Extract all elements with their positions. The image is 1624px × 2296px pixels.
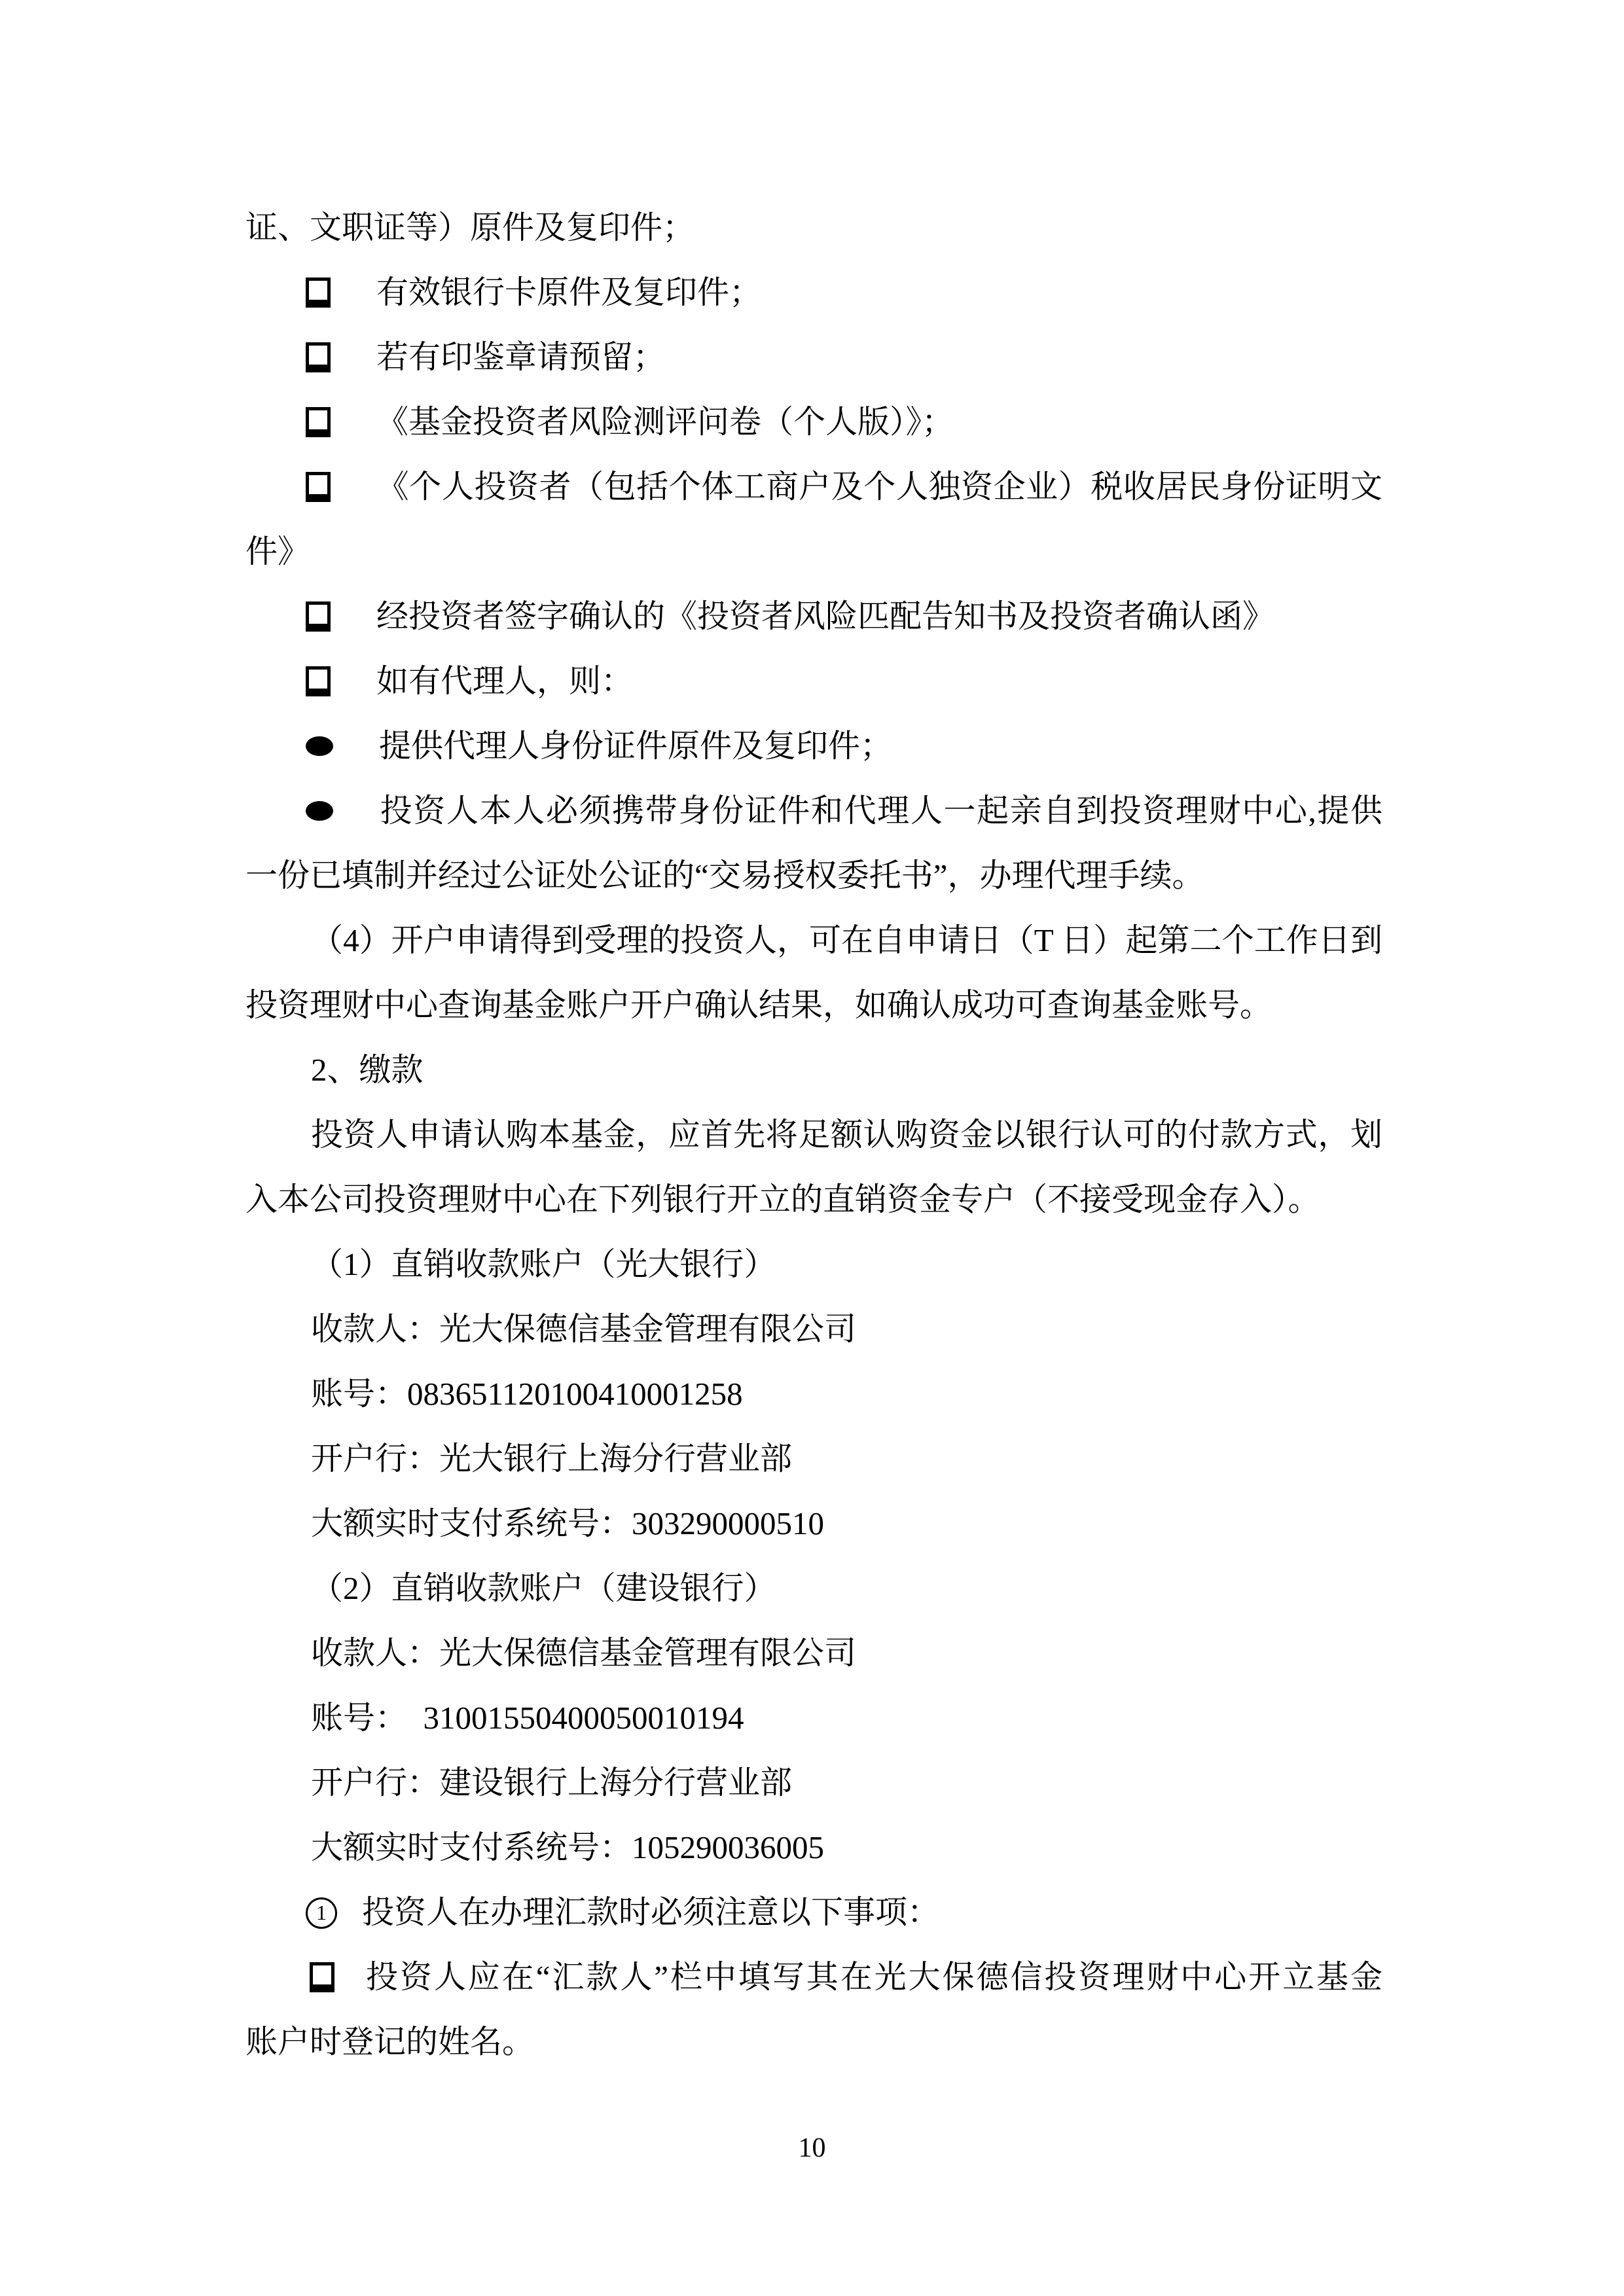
page-number: 10 (0, 2132, 1624, 2164)
text-line: 大额实时支付系统号：303290000510 (245, 1491, 1382, 1556)
line-text: 账户时登记的姓名。 (245, 2024, 534, 2060)
line-text: 提供代理人身份证件原件及复印件； (379, 728, 892, 764)
checkbox-icon (306, 666, 331, 696)
text-line: 大额实时支付系统号：105290036005 (245, 1815, 1382, 1880)
line-text: 《个人投资者（包括个体工商户及个人独资企业）税收居民身份证明文 (376, 469, 1382, 505)
text-line: 投资人应在“汇款人”栏中填写其在光大保德信投资理财中心开立基金 (245, 1945, 1382, 2009)
line-text: 投资人在办理汇款时必须注意以下事项： (362, 1894, 939, 1930)
line-text: 有效银行卡原件及复印件； (376, 274, 761, 310)
line-text: 大额实时支付系统号：105290036005 (311, 1829, 824, 1865)
line-text: 大额实时支付系统号：303290000510 (311, 1505, 824, 1541)
text-line: 提供代理人身份证件原件及复印件； (245, 713, 1382, 778)
line-text: 投资人应在“汇款人”栏中填写其在光大保德信投资理财中心开立基金 (364, 1959, 1382, 1995)
text-line: （1）直销收款账户（光大银行） (245, 1232, 1382, 1297)
checkbox-icon (306, 278, 331, 308)
line-text: 开户行：光大银行上海分行营业部 (311, 1441, 792, 1477)
line-text: 若有印鉴章请预留； (376, 339, 665, 375)
text-line: 账号： 31001550400050010194 (245, 1685, 1382, 1750)
line-text: 收款人：光大保德信基金管理有限公司 (311, 1635, 856, 1671)
checkbox-icon (306, 407, 331, 437)
line-text: 账号： 31001550400050010194 (311, 1700, 744, 1736)
text-line: 《个人投资者（包括个体工商户及个人独资企业）税收居民身份证明文 (245, 454, 1382, 519)
line-text: 账号：083651120100410001258 (311, 1376, 743, 1412)
line-text: （4）开户申请得到受理的投资人，可在自申请日（T 日）起第二个工作日到 (311, 922, 1382, 958)
bullet-icon (306, 736, 333, 756)
text-line: （4）开户申请得到受理的投资人，可在自申请日（T 日）起第二个工作日到 (245, 908, 1382, 973)
text-line: 一份已填制并经过公证处公证的“交易授权委托书”，办理代理手续。 (245, 843, 1382, 908)
document-body-text: 证、文职证等）原件及复印件；有效银行卡原件及复印件；若有印鉴章请预留；《基金投资… (245, 195, 1382, 2074)
line-text: 投资人申请认购本基金，应首先将足额认购资金以银行认可的付款方式，划 (311, 1117, 1382, 1153)
line-text: 投资理财中心查询基金账户开户确认结果，如确认成功可查询基金账号。 (245, 987, 1272, 1023)
text-line: 投资理财中心查询基金账户开户确认结果，如确认成功可查询基金账号。 (245, 973, 1382, 1037)
text-line: 投资人申请认购本基金，应首先将足额认购资金以银行认可的付款方式，划 (245, 1102, 1382, 1167)
text-line: 开户行：建设银行上海分行营业部 (245, 1750, 1382, 1815)
text-line: 《基金投资者风险测评问卷（个人版）》； (245, 389, 1382, 454)
text-line: 经投资者签字确认的《投资者风险匹配告知书及投资者确认函》 (245, 584, 1382, 649)
line-text: 投资人本人必须携带身份证件和代理人一起亲自到投资理财中心,提供 (379, 793, 1382, 829)
line-text: 《基金投资者风险测评问卷（个人版）》； (376, 404, 954, 440)
checkbox-icon (306, 342, 331, 372)
checkbox-icon (306, 472, 331, 502)
text-line: （2）直销收款账户（建设银行） (245, 1556, 1382, 1621)
checkbox-icon (306, 601, 331, 632)
document-page: 证、文职证等）原件及复印件；有效银行卡原件及复印件；若有印鉴章请预留；《基金投资… (0, 0, 1624, 2296)
text-line: 2、缴款 (245, 1037, 1382, 1102)
text-line: 收款人：光大保德信基金管理有限公司 (245, 1621, 1382, 1685)
line-text: 证、文职证等）原件及复印件； (245, 209, 695, 245)
checkbox-icon (310, 1962, 334, 1992)
text-line: 账户时登记的姓名。 (245, 2009, 1382, 2074)
line-text: 如有代理人，则： (376, 663, 633, 699)
bullet-icon (306, 801, 333, 821)
text-line: 有效银行卡原件及复印件； (245, 260, 1382, 325)
line-text: 收款人：光大保德信基金管理有限公司 (311, 1311, 856, 1347)
line-text: 开户行：建设银行上海分行营业部 (311, 1765, 792, 1801)
text-line: 收款人：光大保德信基金管理有限公司 (245, 1297, 1382, 1361)
text-line: 1投资人在办理汇款时必须注意以下事项： (245, 1880, 1382, 1945)
text-line: 入本公司投资理财中心在下列银行开立的直销资金专户（不接受现金存入）。 (245, 1167, 1382, 1232)
line-text: 2、缴款 (311, 1052, 424, 1088)
circled-number-icon: 1 (306, 1897, 337, 1929)
text-line: 账号：083651120100410001258 (245, 1361, 1382, 1426)
text-line: 如有代理人，则： (245, 649, 1382, 713)
text-line: 证、文职证等）原件及复印件； (245, 195, 1382, 260)
line-text: 件》 (245, 533, 310, 569)
text-line: 开户行：光大银行上海分行营业部 (245, 1426, 1382, 1491)
text-line: 若有印鉴章请预留； (245, 325, 1382, 389)
line-text: 经投资者签字确认的《投资者风险匹配告知书及投资者确认函》 (376, 598, 1274, 634)
line-text: 一份已填制并经过公证处公证的“交易授权委托书”，办理代理手续。 (245, 857, 1204, 893)
line-text: （1）直销收款账户（光大银行） (311, 1246, 776, 1282)
line-text: （2）直销收款账户（建设银行） (311, 1570, 776, 1606)
text-line: 投资人本人必须携带身份证件和代理人一起亲自到投资理财中心,提供 (245, 778, 1382, 843)
text-line: 件》 (245, 519, 1382, 584)
line-text: 入本公司投资理财中心在下列银行开立的直销资金专户（不接受现金存入）。 (245, 1181, 1320, 1217)
